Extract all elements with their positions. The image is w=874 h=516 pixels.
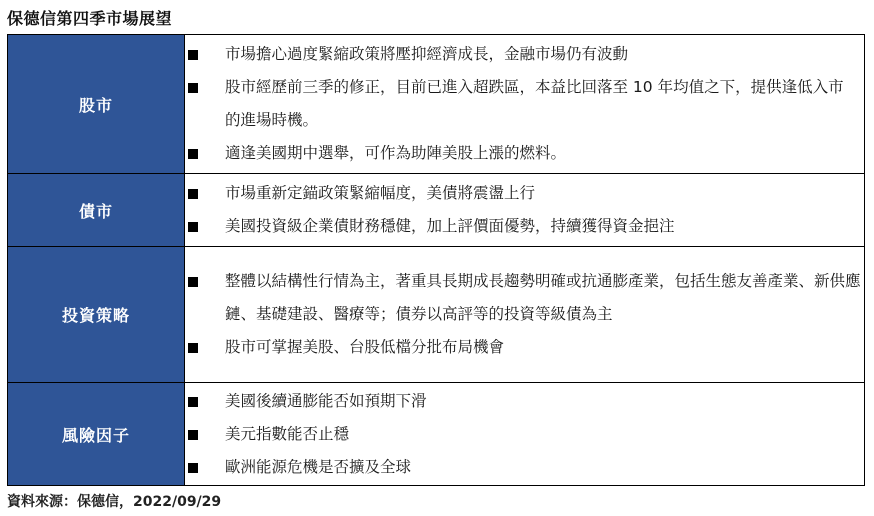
row-content-stocks: 市場擔心過度緊縮政策將壓抑經濟成長，金融市場仍有波動 股市經歷前三季的修正，目前… xyxy=(185,35,865,174)
table-row-bonds: 債市 市場重新定錨政策緊縮幅度，美債將震盪上行 美國投資級企業債財務穩健，加上評… xyxy=(8,174,865,247)
page-title: 保德信第四季市場展望 xyxy=(7,6,172,29)
square-bullet-icon xyxy=(188,397,198,407)
list-item: 市場重新定錨政策緊縮幅度，美債將震盪上行 xyxy=(185,177,864,210)
table-row-strategy: 投資策略 整體以結構性行情為主，著重具長期成長趨勢明確或抗通膨產業，包括生態友善… xyxy=(8,247,865,383)
row-content-strategy: 整體以結構性行情為主，著重具長期成長趨勢明確或抗通膨產業，包括生態友善產業、新供… xyxy=(185,247,865,383)
list-item: 美元指數能否止穩 xyxy=(185,418,864,451)
list-item: 美國後續通膨能否如預期下滑 xyxy=(185,385,864,418)
list-item: 股市可掌握美股、台股低檔分批布局機會 xyxy=(185,331,864,364)
list-item: 市場擔心過度緊縮政策將壓抑經濟成長，金融市場仍有波動 xyxy=(185,38,864,71)
row-label-strategy: 投資策略 xyxy=(8,247,185,383)
square-bullet-icon xyxy=(188,149,198,159)
table-row-risks: 風險因子 美國後續通膨能否如預期下滑 美元指數能否止穩 歐洲能源危機是否擴及全球 xyxy=(8,383,865,486)
row-content-bonds: 市場重新定錨政策緊縮幅度，美債將震盪上行 美國投資級企業債財務穩健，加上評價面優… xyxy=(185,174,865,247)
square-bullet-icon xyxy=(188,277,198,287)
row-label-stocks: 股市 xyxy=(8,35,185,174)
table-row-stocks: 股市 市場擔心過度緊縮政策將壓抑經濟成長，金融市場仍有波動 股市經歷前三季的修正… xyxy=(8,35,865,174)
square-bullet-icon xyxy=(188,50,198,60)
square-bullet-icon xyxy=(188,83,198,93)
list-item: 美國投資級企業債財務穩健，加上評價面優勢，持續獲得資金挹注 xyxy=(185,210,864,243)
row-content-risks: 美國後續通膨能否如預期下滑 美元指數能否止穩 歐洲能源危機是否擴及全球 xyxy=(185,383,865,486)
square-bullet-icon xyxy=(188,222,198,232)
row-label-risks: 風險因子 xyxy=(8,383,185,486)
square-bullet-icon xyxy=(188,343,198,353)
square-bullet-icon xyxy=(188,430,198,440)
market-outlook-table: 股市 市場擔心過度緊縮政策將壓抑經濟成長，金融市場仍有波動 股市經歷前三季的修正… xyxy=(7,34,865,486)
row-label-bonds: 債市 xyxy=(8,174,185,247)
square-bullet-icon xyxy=(188,463,198,473)
list-item: 適逢美國期中選舉，可作為助陣美股上漲的燃料。 xyxy=(185,137,864,170)
source-note: 資料來源：保德信，2022/09/29 xyxy=(7,491,221,511)
list-item: 歐洲能源危機是否擴及全球 xyxy=(185,451,864,484)
square-bullet-icon xyxy=(188,189,198,199)
list-item: 整體以結構性行情為主，著重具長期成長趨勢明確或抗通膨產業，包括生態友善產業、新供… xyxy=(185,265,864,331)
list-item: 股市經歷前三季的修正，目前已進入超跌區，本益比回落至 10 年均值之下，提供逢低… xyxy=(185,71,864,137)
